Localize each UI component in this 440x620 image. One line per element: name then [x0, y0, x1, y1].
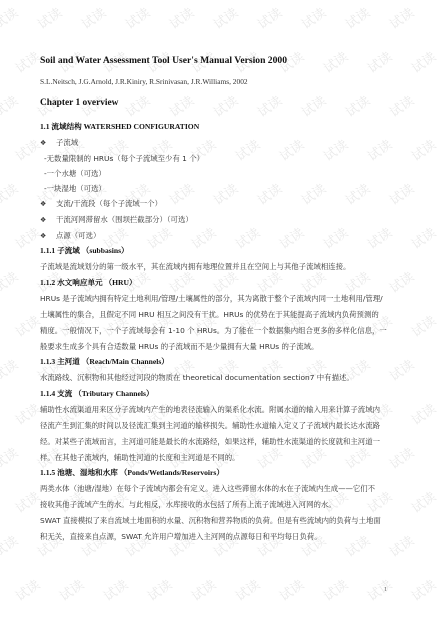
watermark-text: 试读	[385, 90, 417, 120]
watermark-text: 试读	[363, 134, 395, 164]
watermark-text: 试读	[0, 354, 21, 384]
watermark-text: 试读	[385, 442, 417, 472]
page-number: 1	[384, 586, 387, 593]
watermark-text: 试读	[363, 46, 395, 76]
paragraph-line: 精度。一般情况下，一个子流域每会有 1-10 个 HRUs。为了能在一个数据集内…	[40, 325, 387, 336]
watermark-text: 试读	[319, 222, 351, 252]
watermark-text: 试读	[209, 178, 241, 208]
list-item: -无数量限制的 HRUs（每个子流域至少有 1 个）	[44, 153, 204, 164]
watermark-text: 试读	[275, 574, 307, 604]
watermark-text: 试读	[165, 178, 197, 208]
watermark-text: 试读	[341, 2, 373, 32]
watermark-text: 试读	[253, 90, 285, 120]
section-heading-1-1-5: 1.1.5 池塘、湿地和水库 （Ponds/Wetlands/Reservoir…	[40, 467, 224, 478]
watermark-text: 试读	[341, 530, 373, 560]
document-title: Soil and Water Assessment Tool User's Ma…	[40, 55, 287, 66]
watermark-text: 试读	[385, 2, 417, 32]
watermark-text: 试读	[11, 574, 43, 604]
watermark-text: 试读	[11, 310, 43, 340]
watermark-text: 试读	[0, 442, 21, 472]
list-item: ❖支流/干流段（每个子流域一个）	[40, 198, 162, 209]
watermark-text: 试读	[143, 222, 175, 252]
paragraph-line: SWAT 直接模拟了来自流域土地面积的水量、沉积物和营养物质的负荷。但是有些流域…	[40, 515, 381, 526]
watermark-text: 试读	[297, 90, 329, 120]
watermark-text: 试读	[77, 2, 109, 32]
watermark-text: 试读	[407, 46, 439, 76]
diamond-bullet-icon: ❖	[40, 200, 56, 208]
diamond-bullet-icon: ❖	[40, 216, 56, 224]
section-heading-1-1-2: 1.1.2 水文响应单元 （HRU）	[40, 277, 137, 288]
list-item: ❖子流域	[40, 137, 78, 148]
watermark-text: 试读	[407, 398, 439, 428]
watermark-text: 试读	[11, 486, 43, 516]
watermark-text: 试读	[319, 134, 351, 164]
document-authors: S.L.Neitsch, J.G.Arnold, J.R.Kiniry, R.S…	[40, 77, 248, 86]
list-item: ❖点源（可选）	[40, 230, 100, 241]
paragraph-line: HRUs 是子流域内拥有特定土地利用/管理/土壤属性的部分，其为离散于整个子流域…	[40, 293, 383, 304]
watermark-text: 试读	[407, 310, 439, 340]
watermark-text: 试读	[385, 266, 417, 296]
paragraph-line: 子流域是流域划分的第一级水平，其在流域内拥有地理位置并且在空间上与其他子流域相连…	[40, 261, 350, 272]
watermark-text: 试读	[121, 2, 153, 32]
paragraph-line: 接收其他子流域产生的水。与此相反，水库接收的水包括了所有上流子流域进入河网的水。	[40, 499, 336, 510]
section-heading-1-1: 1.1 流域结构 WATERSHED CONFIGURATION	[40, 121, 199, 132]
list-item: -一块湿地（可选）	[44, 183, 106, 194]
paragraph-line: 辅助性水流渠道用来区分子流域内产生的地表径流输入的渠系化水流。附属水道的输入用来…	[40, 404, 380, 415]
watermark-text: 试读	[165, 2, 197, 32]
paragraph-line: 积无关，直接来自点源，SWAT 允许用户增加进入主河网的点源每日和平均每日负荷。	[40, 531, 322, 542]
section-heading-1-1-3: 1.1.3 主河道 （Reach/Main Channels）	[40, 356, 169, 367]
watermark-text: 试读	[0, 2, 21, 32]
watermark-text: 试读	[11, 134, 43, 164]
watermark-text: 试读	[0, 266, 21, 296]
watermark-text: 试读	[363, 222, 395, 252]
watermark-text: 试读	[253, 178, 285, 208]
section-heading-1-1-4: 1.1.4 支流 （Tributary Channels）	[40, 388, 154, 399]
watermark-text: 试读	[165, 90, 197, 120]
paragraph-line: 水流路线、沉积物和其他经过河段的物质在 theoretical document…	[40, 372, 354, 383]
chapter-heading: Chapter 1 overview	[40, 98, 118, 108]
watermark-text: 试读	[385, 178, 417, 208]
watermark-text: 试读	[0, 90, 21, 120]
diamond-bullet-icon: ❖	[40, 232, 56, 240]
watermark-text: 试读	[275, 134, 307, 164]
paragraph-line: 经。对某些子流域而言，主河道可能是最长的水流路经，如果这样，辅助性水流渠道的长度…	[40, 436, 380, 447]
list-item: ❖干流河网滞留水（围坝拦截部分）（可选）	[40, 214, 193, 225]
diamond-bullet-icon: ❖	[40, 139, 56, 147]
paragraph-line: 般要求生成多个具有合适数量 HRUs 的子流域而不是少量拥有大量 HRUs 的子…	[40, 341, 318, 352]
watermark-text: 试读	[407, 134, 439, 164]
watermark-text: 试读	[121, 90, 153, 120]
watermark-text: 试读	[231, 222, 263, 252]
watermark-text: 试读	[363, 574, 395, 604]
watermark-text: 试读	[407, 486, 439, 516]
watermark-text: 试读	[0, 178, 21, 208]
watermark-text: 试读	[341, 90, 373, 120]
watermark-text: 试读	[143, 574, 175, 604]
watermark-text: 试读	[0, 530, 21, 560]
watermark-text: 试读	[253, 2, 285, 32]
paragraph-line: 土壤属性的集合，且假定不同 HRU 相互之间没有干扰。HRUs 的优势在于其能提…	[40, 309, 379, 320]
paragraph-line: 两类水体（池塘/湿地）在每个子流域内都会有定义。进入这些滞留水体的水在子流域内生…	[40, 483, 375, 494]
paragraph-line: 径流产生到汇集的时间以及径流汇集到主河道的输移损失。辅助性水道输入定义了子流域内…	[40, 420, 380, 431]
watermark-text: 试读	[11, 398, 43, 428]
watermark-text: 试读	[407, 222, 439, 252]
watermark-text: 试读	[209, 2, 241, 32]
watermark-text: 试读	[11, 46, 43, 76]
watermark-text: 试读	[55, 574, 87, 604]
watermark-text: 试读	[209, 90, 241, 120]
watermark-text: 试读	[297, 178, 329, 208]
section-heading-1-1-1: 1.1.1 子流域 （subbasins）	[40, 245, 129, 256]
watermark-text: 试读	[407, 574, 439, 604]
paragraph-line: 样。在其他子流域内，辅助性河道的长度和主河道是不同的。	[40, 452, 240, 463]
watermark-text: 试读	[99, 574, 131, 604]
list-item: -一个水塘（可选）	[44, 168, 106, 179]
watermark-text: 试读	[297, 2, 329, 32]
watermark-text: 试读	[11, 222, 43, 252]
watermark-text: 试读	[187, 222, 219, 252]
watermark-text: 试读	[319, 46, 351, 76]
watermark-text: 试读	[231, 134, 263, 164]
watermark-text: 试读	[275, 222, 307, 252]
watermark-text: 试读	[385, 354, 417, 384]
watermark-text: 试读	[187, 574, 219, 604]
watermark-text: 试读	[33, 2, 65, 32]
watermark-text: 试读	[319, 574, 351, 604]
watermark-text: 试读	[385, 530, 417, 560]
watermark-text: 试读	[341, 178, 373, 208]
watermark-text: 试读	[231, 574, 263, 604]
